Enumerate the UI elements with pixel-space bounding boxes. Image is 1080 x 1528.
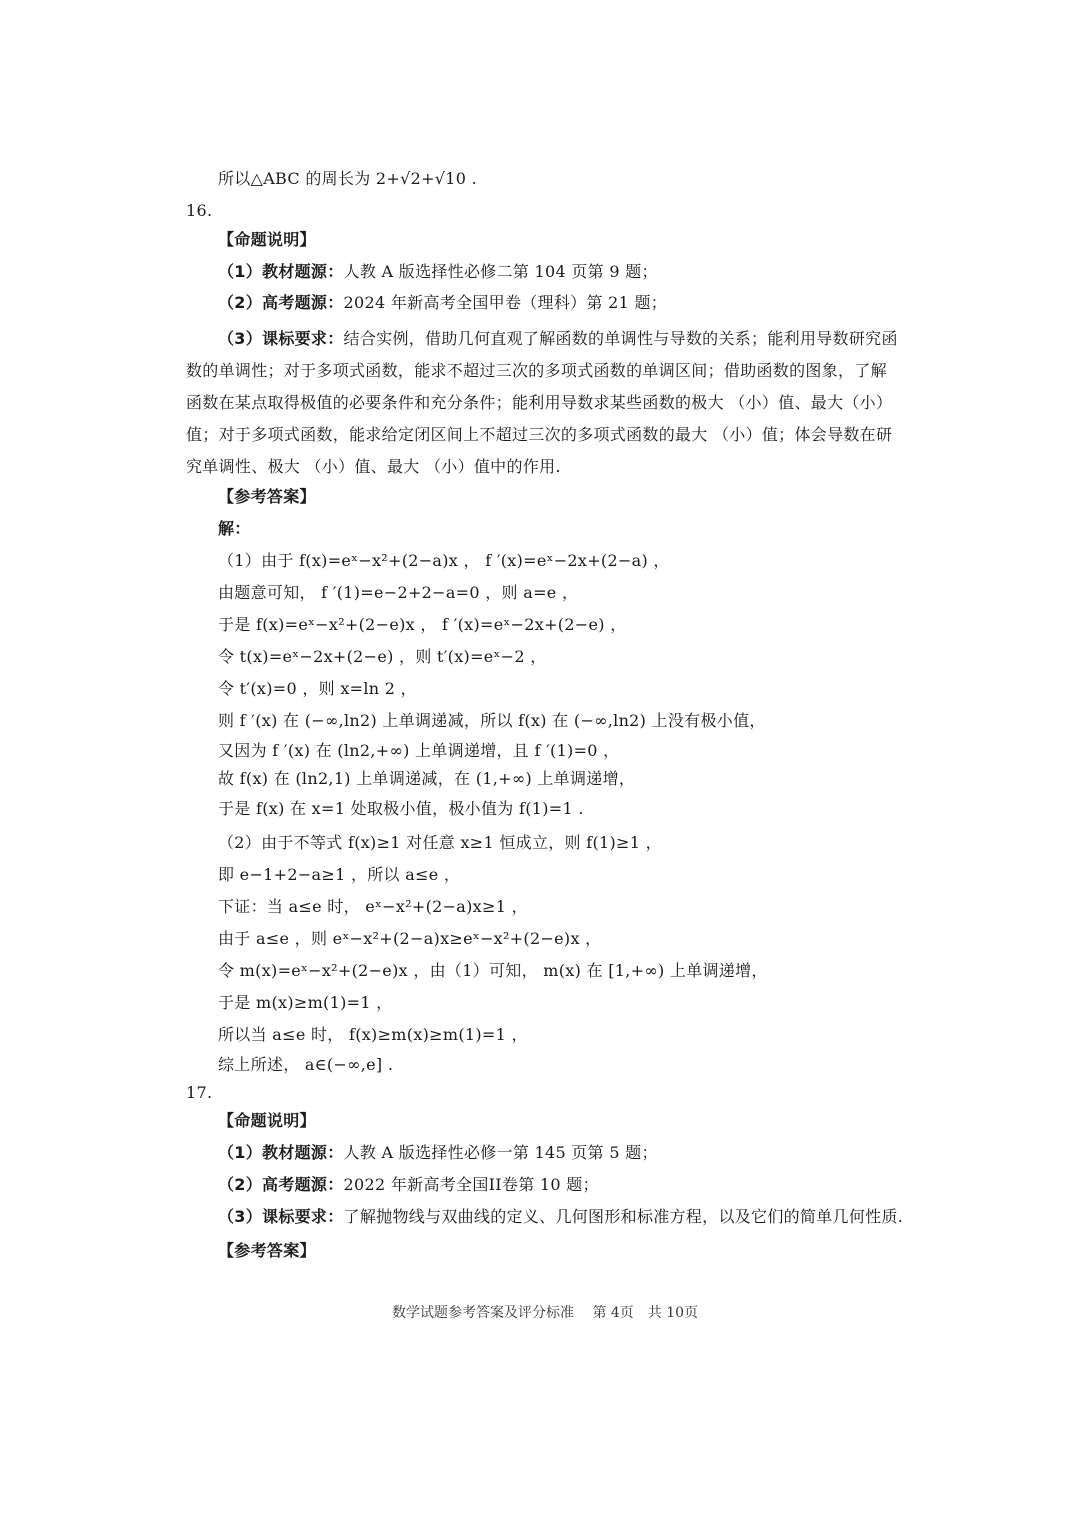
item-label: （1）教材题源：: [218, 1143, 344, 1162]
text-line: 令 t(x)=eˣ−2x+(2−e) ，则 t′(x)=eˣ−2 ，: [218, 646, 547, 668]
line-text: 2022 年新高考全国II卷第 10 题；: [344, 1175, 599, 1194]
line-text: （1）由于 f(x)=eˣ−x²+(2−a)x ， f ′(x)=eˣ−2x+(…: [218, 551, 670, 570]
section-heading: 【参考答案】: [218, 486, 316, 508]
line-text: 人教 A 版选择性必修二第 104 页第 9 题；: [344, 262, 658, 281]
text-line: （3）课标要求：了解抛物线与双曲线的定义、几何图形和标准方程，以及它们的简单几何…: [218, 1206, 903, 1228]
text-line: 下证：当 a≤e 时， eˣ−x²+(2−a)x≥1 ，: [218, 896, 528, 918]
text-line: 所以△ABC 的周长为 2+√2+√10 .: [218, 168, 477, 190]
text-line: 故 f(x) 在 (ln2,1) 上单调递减，在 (1,+∞) 上单调递增，: [218, 768, 635, 790]
line-text: 人教 A 版选择性必修一第 145 页第 5 题；: [344, 1143, 658, 1162]
text-line: 数的单调性；对于多项式函数，能求不超过三次的多项式函数的单调区间；借助函数的图象…: [186, 360, 887, 382]
section-heading: 解：: [218, 518, 251, 540]
section-heading: 【参考答案】: [218, 1240, 316, 1262]
text-line: 令 t′(x)=0 ，则 x=ln 2 ，: [218, 678, 417, 700]
line-text: 值；对于多项式函数，能求给定闭区间上不超过三次的多项式函数的最大 （小）值；体会…: [186, 425, 892, 444]
line-text: 于是 f(x)=eˣ−x²+(2−e)x ， f ′(x)=eˣ−2x+(2−e…: [218, 615, 627, 634]
line-text: 即 e−1+2−a≥1 ，所以 a≤e ，: [218, 865, 460, 884]
text-line: 又因为 f ′(x) 在 (ln2,+∞) 上单调递增，且 f ′(1)=0 ，: [218, 740, 619, 762]
text-line: 17.: [186, 1082, 212, 1104]
line-text: 令 t′(x)=0 ，则 x=ln 2 ，: [218, 679, 417, 698]
line-text: （2）由于不等式 f(x)≥1 对任意 x≥1 恒成立，则 f(1)≥1 ，: [218, 833, 662, 852]
text-line: 于是 f(x) 在 x=1 处取极小值，极小值为 f(1)=1 .: [218, 798, 584, 820]
line-text: 【参考答案】: [218, 487, 316, 506]
text-line: （1）由于 f(x)=eˣ−x²+(2−a)x ， f ′(x)=eˣ−2x+(…: [218, 550, 670, 572]
text-line: 由于 a≤e ，则 eˣ−x²+(2−a)x≥eˣ−x²+(2−e)x ，: [218, 928, 601, 950]
line-text: 综上所述， a∈(−∞,e] .: [218, 1055, 393, 1074]
item-label: （3）课标要求：: [218, 1207, 344, 1226]
line-text: 【命题说明】: [218, 230, 316, 249]
text-line: （3）课标要求：结合实例，借助几何直观了解函数的单调性与导数的关系；能利用导数研…: [218, 328, 898, 350]
line-text: 又因为 f ′(x) 在 (ln2,+∞) 上单调递增，且 f ′(1)=0 ，: [218, 741, 619, 760]
line-text: 所以△ABC 的周长为 2+√2+√10 .: [218, 169, 477, 188]
text-line: 函数在某点取得极值的必要条件和充分条件；能利用导数求某些函数的极大 （小）值、最…: [186, 392, 892, 414]
text-line: 即 e−1+2−a≥1 ，所以 a≤e ，: [218, 864, 460, 886]
text-line: （2）高考题源：2022 年新高考全国II卷第 10 题；: [218, 1174, 599, 1196]
line-text: 究单调性、极大 （小）值、最大 （小）值中的作用.: [186, 457, 561, 476]
item-label: （2）高考题源：: [218, 1175, 344, 1194]
line-text: 数的单调性；对于多项式函数，能求不超过三次的多项式函数的单调区间；借助函数的图象…: [186, 361, 887, 380]
text-line: （1）教材题源：人教 A 版选择性必修一第 145 页第 5 题；: [218, 1142, 658, 1164]
item-label: （1）教材题源：: [218, 262, 344, 281]
text-line: 则 f ′(x) 在 (−∞,ln2) 上单调递减，所以 f(x) 在 (−∞,…: [218, 710, 766, 732]
line-text: 令 m(x)=eˣ−x²+(2−e)x ，由（1）可知， m(x) 在 [1,+…: [218, 961, 768, 980]
line-text: 结合实例，借助几何直观了解函数的单调性与导数的关系；能利用导数研究函: [344, 329, 898, 348]
text-line: 令 m(x)=eˣ−x²+(2−e)x ，由（1）可知， m(x) 在 [1,+…: [218, 960, 768, 982]
text-line: 于是 f(x)=eˣ−x²+(2−e)x ， f ′(x)=eˣ−2x+(2−e…: [218, 614, 627, 636]
line-text: 于是 f(x) 在 x=1 处取极小值，极小值为 f(1)=1 .: [218, 799, 584, 818]
item-label: （2）高考题源：: [218, 293, 344, 312]
text-line: 所以当 a≤e 时， f(x)≥m(x)≥m(1)=1 ，: [218, 1024, 528, 1046]
line-text: 故 f(x) 在 (ln2,1) 上单调递减，在 (1,+∞) 上单调递增，: [218, 769, 635, 788]
item-label: （3）课标要求：: [218, 329, 344, 348]
section-heading: 【命题说明】: [218, 1110, 316, 1132]
line-text: 16.: [186, 201, 212, 220]
page-footer: 数学试题参考答案及评分标准 第 4页 共 10页: [392, 1302, 698, 1322]
line-text: 则 f ′(x) 在 (−∞,ln2) 上单调递减，所以 f(x) 在 (−∞,…: [218, 711, 766, 730]
line-text: 下证：当 a≤e 时， eˣ−x²+(2−a)x≥1 ，: [218, 897, 528, 916]
line-text: 【命题说明】: [218, 1111, 316, 1130]
text-line: 值；对于多项式函数，能求给定闭区间上不超过三次的多项式函数的最大 （小）值；体会…: [186, 424, 892, 446]
text-line: 综上所述， a∈(−∞,e] .: [218, 1054, 393, 1076]
line-text: 17.: [186, 1083, 212, 1102]
line-text: 了解抛物线与双曲线的定义、几何图形和标准方程，以及它们的简单几何性质.: [344, 1207, 904, 1226]
line-text: 所以当 a≤e 时， f(x)≥m(x)≥m(1)=1 ，: [218, 1025, 528, 1044]
line-text: 由于 a≤e ，则 eˣ−x²+(2−a)x≥eˣ−x²+(2−e)x ，: [218, 929, 601, 948]
text-line: （1）教材题源：人教 A 版选择性必修二第 104 页第 9 题；: [218, 261, 658, 283]
text-line: 究单调性、极大 （小）值、最大 （小）值中的作用.: [186, 456, 561, 478]
line-text: 【参考答案】: [218, 1241, 316, 1260]
section-heading: 【命题说明】: [218, 229, 316, 251]
text-line: 由题意可知， f ′(1)=e−2+2−a=0 ，则 a=e ，: [218, 582, 578, 604]
line-text: 解：: [218, 519, 251, 538]
line-text: 于是 m(x)≥m(1)=1 ，: [218, 993, 392, 1012]
text-line: （2）由于不等式 f(x)≥1 对任意 x≥1 恒成立，则 f(1)≥1 ，: [218, 832, 662, 854]
text-line: （2）高考题源：2024 年新高考全国甲卷（理科）第 21 题；: [218, 292, 667, 314]
line-text: 2024 年新高考全国甲卷（理科）第 21 题；: [344, 293, 668, 312]
line-text: 由题意可知， f ′(1)=e−2+2−a=0 ，则 a=e ，: [218, 583, 578, 602]
text-line: 于是 m(x)≥m(1)=1 ，: [218, 992, 392, 1014]
line-text: 令 t(x)=eˣ−2x+(2−e) ，则 t′(x)=eˣ−2 ，: [218, 647, 547, 666]
line-text: 函数在某点取得极值的必要条件和充分条件；能利用导数求某些函数的极大 （小）值、最…: [186, 393, 892, 412]
text-line: 16.: [186, 200, 212, 222]
